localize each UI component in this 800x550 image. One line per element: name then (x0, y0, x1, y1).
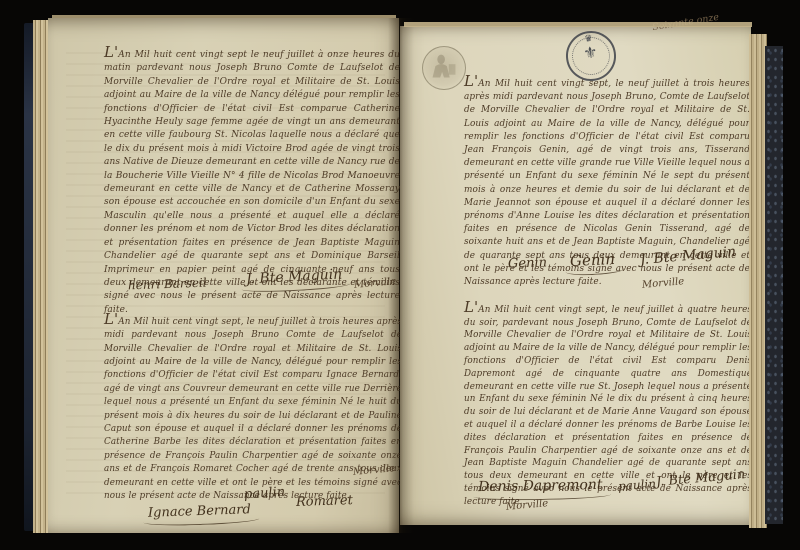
signature-witness: Genin (570, 250, 616, 270)
left-page-edge-stack (33, 20, 49, 533)
signature-father: Ignace Bernard (148, 502, 251, 521)
signature-witness: paulin (244, 485, 286, 503)
signature-father: Genin (508, 255, 547, 271)
embossed-medallion-stamp (422, 46, 466, 90)
right-page-top-edge (404, 22, 752, 27)
left-manuscript-page: L'An Mil huit cent vingt sept le neuf ju… (48, 18, 399, 533)
signature-father: Denis Dapremont (478, 477, 603, 495)
right-manuscript-page: Soixante onze ♛ ⚜ L'An Mil huit cent vin… (400, 26, 751, 525)
photo-backdrop: L'An Mil huit cent vingt sept le neuf ju… (0, 0, 800, 550)
seated-figure-icon (423, 47, 465, 89)
signature-witness: henri Barseil (128, 276, 207, 293)
fleur-de-lis-icon: ⚜ (582, 44, 598, 62)
signature-witness: Romaret (296, 493, 353, 510)
marbled-cover-edge (765, 46, 783, 524)
signature-officer: Morville (506, 498, 549, 513)
signature-witness: paulin (618, 477, 657, 494)
